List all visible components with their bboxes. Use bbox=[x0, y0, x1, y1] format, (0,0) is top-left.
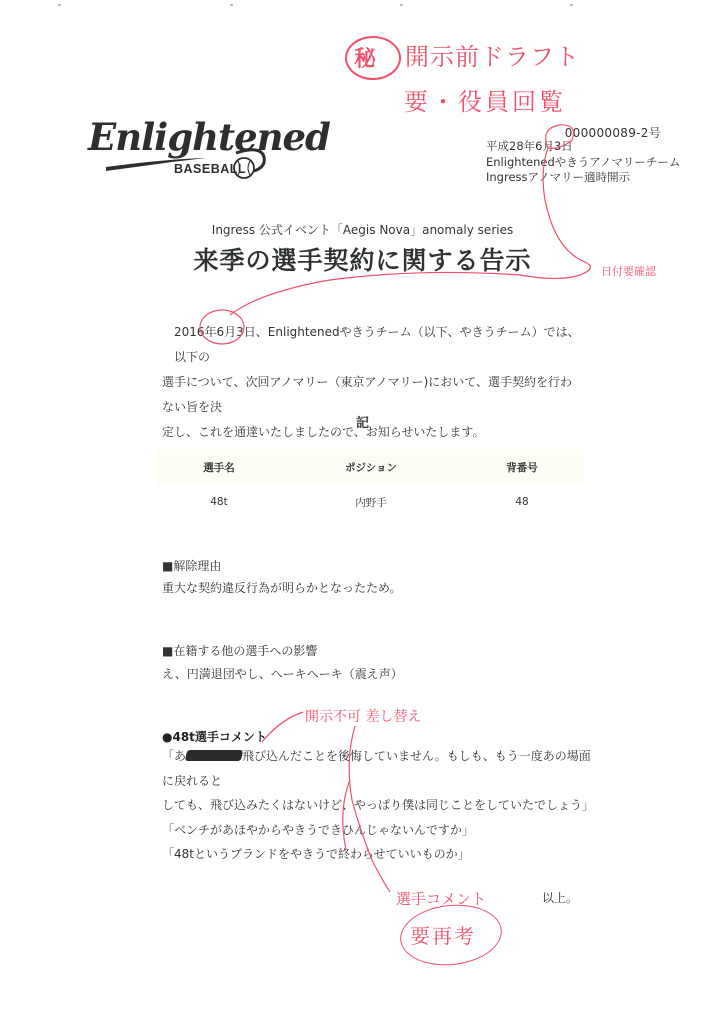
table-row: 48t 内野手 48 bbox=[155, 485, 585, 519]
scan-artifact bbox=[570, 4, 573, 6]
disclosure-category: Ingressアノマリー適時開示 bbox=[486, 170, 680, 186]
ki-heading: 記 bbox=[0, 412, 725, 431]
handwritten-note-date-check: 日付要確認 bbox=[601, 263, 656, 279]
comment-quote-2: 「ベンチがあほやからやきうできひんじゃないんですか」 bbox=[162, 818, 592, 843]
comment-quote-1: 「あ飛び込んだことを後悔していません。もしも、もう一度あの場面に戻れると bbox=[162, 744, 592, 793]
reason-text: 重大な契約違反行為が明らかとなったため。 bbox=[162, 579, 402, 596]
handwritten-note-reconsider: 要再考 bbox=[410, 920, 476, 949]
table-header-row: 選手名 ポジション 背番号 bbox=[155, 449, 585, 485]
cell-player-name: 48t bbox=[155, 496, 283, 508]
quote-start: 「あ bbox=[162, 749, 186, 763]
logo-wordmark: Enlightened bbox=[88, 115, 330, 159]
comment-quote-1-cont: しても、飛び込みたくはないけど、やっぱり僕は同じことをしていたでしょう」 bbox=[162, 793, 592, 818]
logo-subtext: BASEBALL bbox=[174, 162, 246, 176]
reason-heading: ■解除理由 bbox=[162, 557, 221, 574]
scan-artifact bbox=[230, 4, 233, 6]
handwritten-note-draft: 開示前ドラフト bbox=[405, 37, 580, 72]
impact-text: え、円満退団やし、へーキへーキ（震え声） bbox=[162, 665, 403, 682]
event-subtitle: Ingress 公式イベント「Aegis Nova」anomaly series bbox=[0, 221, 725, 238]
header-info: 平成28年6月3日 Enlightenedやきうアノマリーチーム Ingress… bbox=[486, 139, 680, 186]
player-table: 選手名 ポジション 背番号 48t 内野手 48 bbox=[155, 449, 585, 519]
body-line: 2016年6月3日、Enlightenedやきうチーム（以下、やきうチーム）では… bbox=[162, 320, 582, 370]
scan-artifact bbox=[58, 4, 61, 6]
team-logo: Enlightened BASEBALL bbox=[86, 115, 286, 185]
impact-heading: ■在籍する他の選手への影響 bbox=[162, 642, 317, 659]
issue-date: 平成28年6月3日 bbox=[486, 139, 680, 155]
cell-position: 内野手 bbox=[283, 495, 459, 510]
col-header-number: 背番号 bbox=[459, 460, 585, 475]
comment-heading: ●48t選手コメント bbox=[162, 728, 267, 745]
closing-mark: 以上。 bbox=[542, 889, 578, 906]
handwritten-note-replace: 開示不可 差し替え bbox=[305, 706, 421, 726]
cell-number: 48 bbox=[459, 496, 585, 508]
col-header-position: ポジション bbox=[283, 460, 459, 475]
scan-artifact bbox=[400, 4, 403, 6]
redaction-mark bbox=[185, 750, 243, 761]
confidential-stamp: 秘 bbox=[354, 42, 376, 73]
issuer: Enlightenedやきうアノマリーチーム bbox=[486, 155, 680, 171]
handwritten-note-review: 要・役員回覧 bbox=[404, 82, 566, 117]
comment-quote-3: 「48tというブランドをやきうで終わらせていいものか」 bbox=[162, 842, 592, 867]
player-comments: 「あ飛び込んだことを後悔していません。もしも、もう一度あの場面に戻れると しても… bbox=[162, 744, 592, 867]
col-header-player-name: 選手名 bbox=[155, 460, 283, 475]
